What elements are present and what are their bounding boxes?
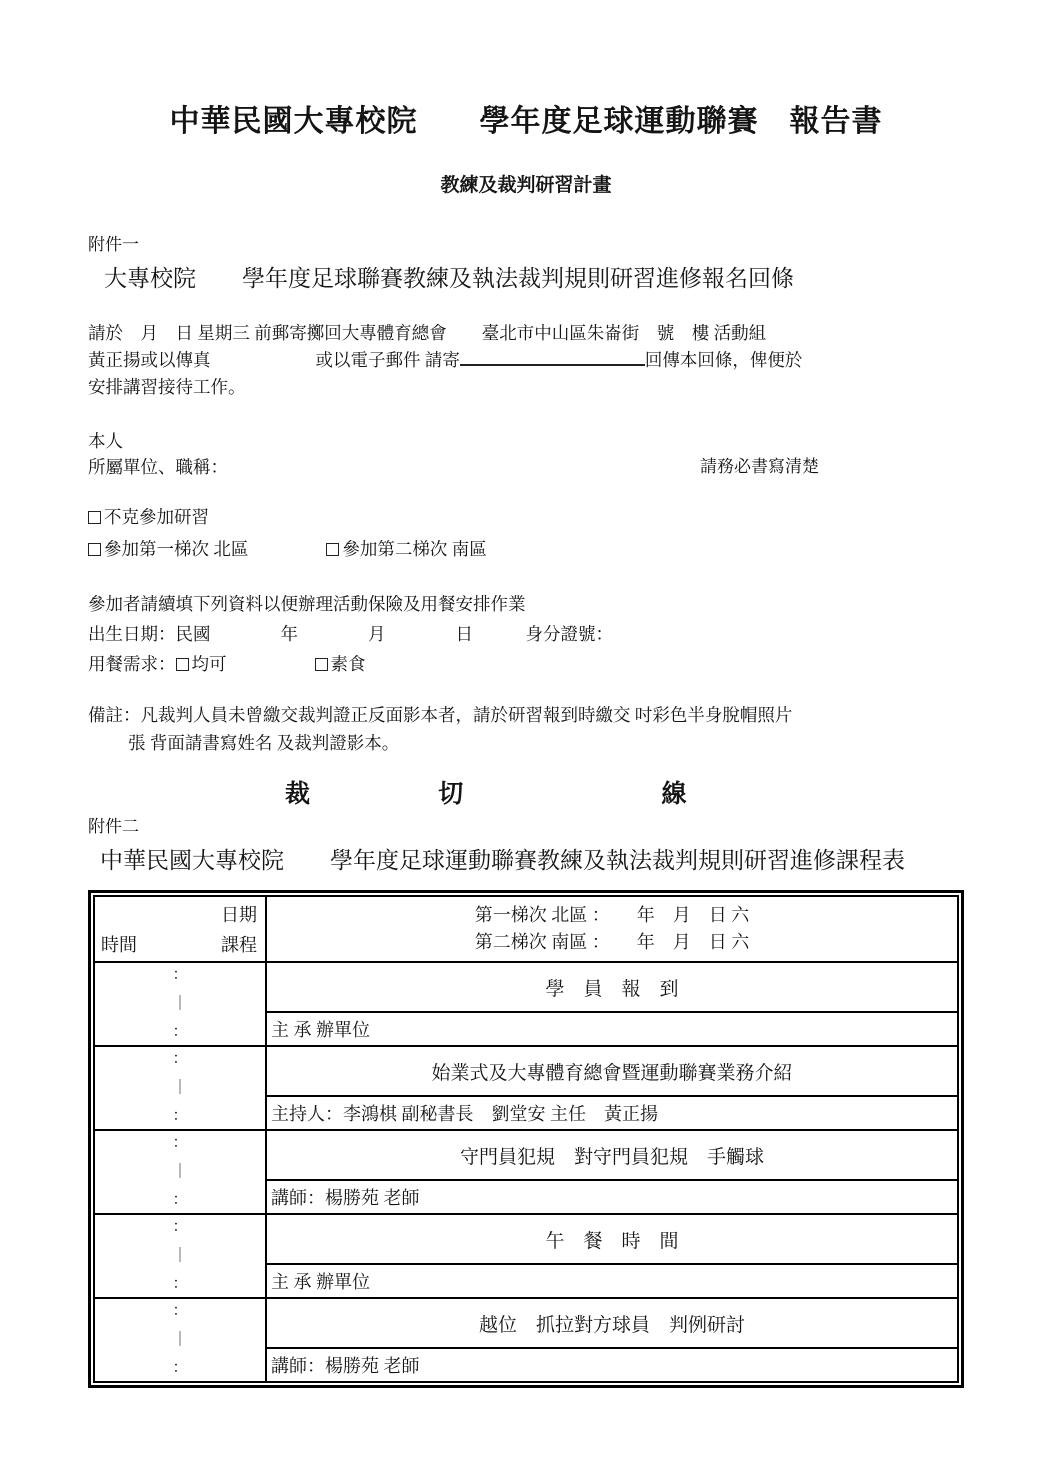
cut-line: 裁 切 線: [88, 774, 964, 808]
time-dash: ｜: [172, 1165, 187, 1180]
birthdate-id-line: 出生日期：民國 年 月 日 身分證號：: [88, 620, 964, 648]
table-header-row: 日期 時間 課程 第一梯次 北區 ： 年 月 日 六 第二梯次 南區 ： 年 月…: [94, 896, 958, 962]
time-slot-cell: ： ｜ ：: [94, 962, 266, 1046]
time-dash: ｜: [172, 997, 187, 1012]
checkbox-first-batch[interactable]: [88, 543, 101, 556]
course-host-cell: 主持人：李鴻棋 副秘書長 劉堂安 主任 黃正揚: [266, 1096, 958, 1130]
course-host-cell: 講師：楊勝苑 老師: [266, 1348, 958, 1382]
email-blank-field[interactable]: [460, 349, 645, 366]
course-content-cell: 學 員 報 到: [266, 962, 958, 1012]
attachment2-title: 中華民國大專校院 學年度足球運動聯賽教練及執法裁判規則研習進修課程表: [88, 842, 964, 875]
time-colon: ：: [172, 1304, 187, 1319]
checkbox-meal-any[interactable]: [176, 658, 189, 671]
time-colon: ：: [172, 1109, 187, 1124]
course-host-cell: 講師：楊勝苑 老師: [266, 1180, 958, 1214]
time-slot-cell: ： ｜ ：: [94, 1298, 266, 1382]
batch1-date-line: 第一梯次 北區 ： 年 月 日 六: [267, 902, 957, 929]
checkbox-second-batch[interactable]: [326, 543, 339, 556]
time-dash: ｜: [172, 1249, 187, 1264]
unit-title-line: 所屬單位、職稱： 請務必書寫清楚: [88, 454, 964, 480]
time-colon: ：: [172, 1136, 187, 1151]
corner-time-label: 時間: [101, 931, 137, 957]
course-content-cell: 午 餐 時 間: [266, 1214, 958, 1264]
course-content-cell: 越位 抓拉對方球員 判例研討: [266, 1298, 958, 1348]
mailing-instructions-line2: 黃正揚或以傳真 或以電子郵件 請寄回傳本回條，俾便於: [88, 347, 964, 374]
table-row: ： ｜ ： 學 員 報 到: [94, 962, 958, 1012]
time-colon: ：: [172, 1193, 187, 1208]
table-row: ： ｜ ： 越位 抓拉對方球員 判例研討: [94, 1298, 958, 1348]
checkbox-row-no-attend: 不克參加研習: [88, 504, 964, 530]
batch-dates-cell: 第一梯次 北區 ： 年 月 日 六 第二梯次 南區 ： 年 月 日 六: [266, 896, 958, 962]
time-dash: ｜: [172, 1333, 187, 1348]
document-page: 中華民國大專校院 學年度足球運動聯賽 報告書 教練及裁判研習計畫 附件一 大專校…: [0, 0, 1040, 1473]
table-row: ： ｜ ： 午 餐 時 間: [94, 1214, 958, 1264]
mailing-instructions: 請於 月 日 星期三 前郵寄擲回大專體育總會 臺北市中山區朱崙街 號 樓 活動組…: [88, 320, 964, 401]
time-slot-cell: ： ｜ ：: [94, 1214, 266, 1298]
table-corner-cell: 日期 時間 課程: [94, 896, 266, 962]
mailing-instructions-line1: 請於 月 日 星期三 前郵寄擲回大專體育總會 臺北市中山區朱崙街 號 樓 活動組: [88, 320, 964, 347]
meal-label: 用餐需求：: [88, 650, 176, 678]
checkbox-no-attend-label: 不克參加研習: [104, 504, 209, 530]
insurance-info-line: 參加者請續填下列資料以便辦理活動保險及用餐安排作業: [88, 590, 964, 618]
mailing-instructions-line3: 安排講習接待工作。: [88, 374, 964, 401]
course-host-cell: 主 承 辦單位: [266, 1012, 958, 1046]
person-label: 本人: [88, 428, 964, 454]
course-content-cell: 守門員犯規 對守門員犯規 手觸球: [266, 1130, 958, 1180]
checkbox-second-batch-label: 參加第二梯次 南區: [342, 536, 486, 562]
table-row: ： ｜ ： 始業式及大專體育總會暨運動聯賽業務介紹: [94, 1046, 958, 1096]
cut-line-char3: 線: [662, 781, 687, 808]
time-colon: ：: [172, 968, 187, 983]
corner-date-label: 日期: [101, 901, 257, 927]
write-clearly-note: 請務必書寫清楚: [700, 454, 819, 480]
attachment2-label: 附件二: [88, 812, 964, 837]
mailing-line2-post: 回傳本回條，俾便於: [645, 350, 803, 370]
course-schedule-table: 日期 時間 課程 第一梯次 北區 ： 年 月 日 六 第二梯次 南區 ： 年 月…: [88, 890, 964, 1388]
course-content-cell: 始業式及大專體育總會暨運動聯賽業務介紹: [266, 1046, 958, 1096]
course-host-cell: 主 承 辦單位: [266, 1264, 958, 1298]
batch2-date-line: 第二梯次 南區 ： 年 月 日 六: [267, 929, 957, 956]
time-colon: ：: [172, 1361, 187, 1376]
checkbox-row-batches: 參加第一梯次 北區 參加第二梯次 南區: [88, 536, 964, 562]
remarks-line2: 張 背面請書寫姓名 及裁判證影本。: [88, 729, 964, 757]
time-slot-cell: ： ｜ ：: [94, 1130, 266, 1214]
time-slot-cell: ： ｜ ：: [94, 1046, 266, 1130]
remarks-line1: 備註：凡裁判人員未曾繳交裁判證正反面影本者，請於研習報到時繳交 吋彩色半身脫帽照…: [88, 701, 964, 729]
page-subtitle: 教練及裁判研習計畫: [88, 170, 964, 197]
checkbox-no-attend[interactable]: [88, 511, 101, 524]
remarks: 備註：凡裁判人員未曾繳交裁判證正反面影本者，請於研習報到時繳交 吋彩色半身脫帽照…: [88, 701, 964, 757]
unit-title-label: 所屬單位、職稱：: [88, 457, 228, 477]
checkbox-first-batch-label: 參加第一梯次 北區: [104, 536, 248, 562]
time-colon: ：: [172, 1277, 187, 1292]
table-row: ： ｜ ： 守門員犯規 對守門員犯規 手觸球: [94, 1130, 958, 1180]
meal-preference-line: 用餐需求： 均可 素食: [88, 650, 964, 678]
page-title: 中華民國大專校院 學年度足球運動聯賽 報告書: [88, 96, 964, 140]
checkbox-meal-veg[interactable]: [315, 658, 328, 671]
meal-option-any-label: 均可: [192, 650, 227, 678]
time-colon: ：: [172, 1220, 187, 1235]
cut-line-char1: 裁: [285, 781, 310, 808]
time-dash: ｜: [172, 1081, 187, 1096]
time-colon: ：: [172, 1025, 187, 1040]
corner-course-label: 課程: [221, 931, 257, 957]
attachment1-label: 附件一: [88, 230, 964, 255]
meal-option-veg-label: 素食: [331, 650, 366, 678]
time-colon: ：: [172, 1052, 187, 1067]
cut-line-char2: 切: [438, 781, 463, 808]
attachment1-title: 大專校院 學年度足球聯賽教練及執法裁判規則研習進修報名回條: [88, 260, 964, 293]
mailing-line2-pre: 黃正揚或以傳真 或以電子郵件 請寄: [88, 350, 460, 370]
